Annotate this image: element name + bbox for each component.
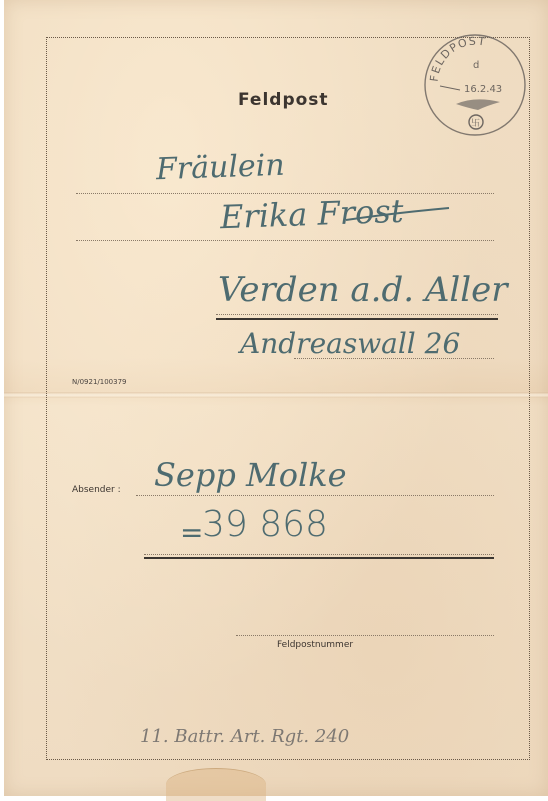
- dotted-border-frame: [46, 37, 530, 760]
- sender-label: Absender :: [72, 485, 121, 495]
- address-line-4: [294, 358, 494, 359]
- feldpost-sheet: FELDPOST d 16.2.43 卐 Feldpost Fräulein E…: [4, 0, 548, 796]
- sender-line-1: [136, 495, 494, 496]
- address-line-2: [76, 240, 494, 241]
- paper-stain: [166, 768, 266, 800]
- svg-text:FELDPOST: FELDPOST: [428, 34, 488, 82]
- pencil-note: 11. Battr. Art. Rgt. 240: [140, 726, 349, 747]
- recipient-salutation: Fräulein: [155, 148, 285, 187]
- postmark-stamp-icon: FELDPOST d 16.2.43 卐: [420, 30, 530, 140]
- postmark-letter: d: [473, 60, 479, 71]
- document-title: Feldpost: [238, 90, 329, 110]
- sender-name: Sepp Molke: [154, 456, 347, 494]
- feldpostnummer-label: Feldpostnummer: [277, 640, 353, 650]
- feldpostnummer-line: [236, 635, 494, 636]
- sender-line-2: [144, 554, 494, 555]
- recipient-street: Andreaswall 26: [240, 327, 460, 360]
- recipient-city: Verden a.d. Aller: [218, 270, 508, 310]
- name-flourish-stroke: [344, 205, 454, 225]
- city-underline: [216, 318, 498, 320]
- svg-text:卐: 卐: [471, 118, 480, 129]
- form-number: N/0921/100379: [72, 378, 127, 386]
- postmark-arc-text: FELDPOST: [428, 34, 488, 82]
- sender-feldpost-number: 39 868: [202, 504, 328, 545]
- postmark-date: 16.2.43: [464, 84, 502, 95]
- sender-underline: [144, 557, 494, 559]
- address-line-3: [216, 314, 498, 315]
- address-line-1: [76, 193, 494, 194]
- feldpost-number-prefix: =: [180, 516, 203, 549]
